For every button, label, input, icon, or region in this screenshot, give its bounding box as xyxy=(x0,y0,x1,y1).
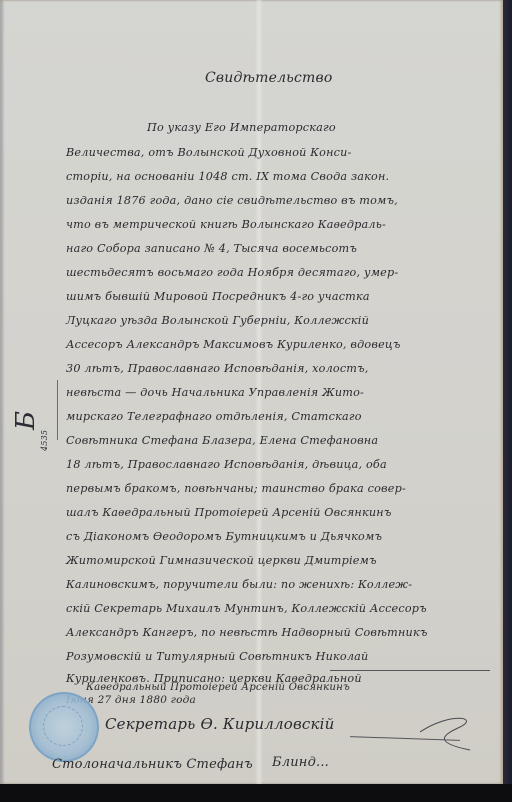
background-edge-right xyxy=(503,0,512,784)
margin-note: Б 4535 xyxy=(26,395,56,455)
body-line: Ассесоръ Александръ Максимовъ Куриленко,… xyxy=(66,338,401,351)
margin-note-letter: Б xyxy=(11,411,41,430)
margin-bracket xyxy=(57,380,58,440)
body-line: По указу Его Императорскаго xyxy=(147,121,336,134)
body-line: первымъ бракомъ, повѣнчаны; таинство бра… xyxy=(66,482,406,495)
body-line: Калиновскимъ, поручители были: по женихѣ… xyxy=(66,578,412,591)
body-line: изданія 1876 года, дано сіе свидѣтельств… xyxy=(66,194,398,207)
secretary-signature: Секретарь Ѳ. Кирилловскій xyxy=(105,715,335,733)
signature-flourish-icon xyxy=(350,712,480,752)
clerk-signature-line: Столоначальникъ Стефанъ xyxy=(52,757,253,772)
body-line: съ Діакономъ Ѳеодоромъ Бутницкимъ и Дьяч… xyxy=(66,530,382,543)
body-line: Величества, отъ Волынской Духовной Конси… xyxy=(66,146,352,159)
clerk-signature: Блинд... xyxy=(272,755,329,770)
body-line: шалъ Каѳедральный Протоіерей Арсеній Овс… xyxy=(66,506,392,519)
document-page: Свидѣтельство По указу Его Императорскаг… xyxy=(0,0,503,784)
body-line: Луцкаго уѣзда Волынской Губерніи, Коллеж… xyxy=(66,314,369,327)
consistory-seal-icon xyxy=(29,692,99,762)
body-line: шимъ бывшій Мировой Посредникъ 4-го учас… xyxy=(66,290,370,303)
signature-underline xyxy=(330,670,490,671)
body-line: наго Собора записано № 4, Тысяча восемьс… xyxy=(66,242,357,255)
body-line: Совѣтника Стефана Блазера, Елена Стефано… xyxy=(66,434,378,447)
body-line: Розумовскій и Титулярный Совѣтникъ Никол… xyxy=(66,650,368,663)
body-line: Александръ Кангеръ, по невѣстѣ Надворный… xyxy=(66,626,428,639)
body-line: невѣста — дочь Начальника Управленія Жит… xyxy=(66,386,364,399)
body-line: мирскаго Телеграфнаго отдѣленія, Статска… xyxy=(66,410,362,423)
document-title: Свидѣтельство xyxy=(205,70,333,86)
body-line: шестьдесятъ восьмаго года Ноября десятаг… xyxy=(66,266,398,279)
body-line: сторіи, на основаніи 1048 ст. IX тома Св… xyxy=(66,170,389,183)
body-line: 30 лѣтъ, Православнаго Исповѣданія, холо… xyxy=(66,362,369,375)
body-line: Житомирской Гимназической церкви Дмитріе… xyxy=(66,554,377,567)
body-line: что въ метрической книгѣ Волынскаго Каѳе… xyxy=(66,218,386,231)
body-line: 18 лѣтъ, Православнаго Исповѣданія, дѣви… xyxy=(66,458,387,471)
body-line: скій Секретарь Михаилъ Мунтинъ, Коллежск… xyxy=(66,602,427,615)
archpriest-signature-line: Каѳедральный Протоіерей Арсеній Овсянкин… xyxy=(86,682,350,693)
margin-note-number: 4535 xyxy=(40,430,49,451)
